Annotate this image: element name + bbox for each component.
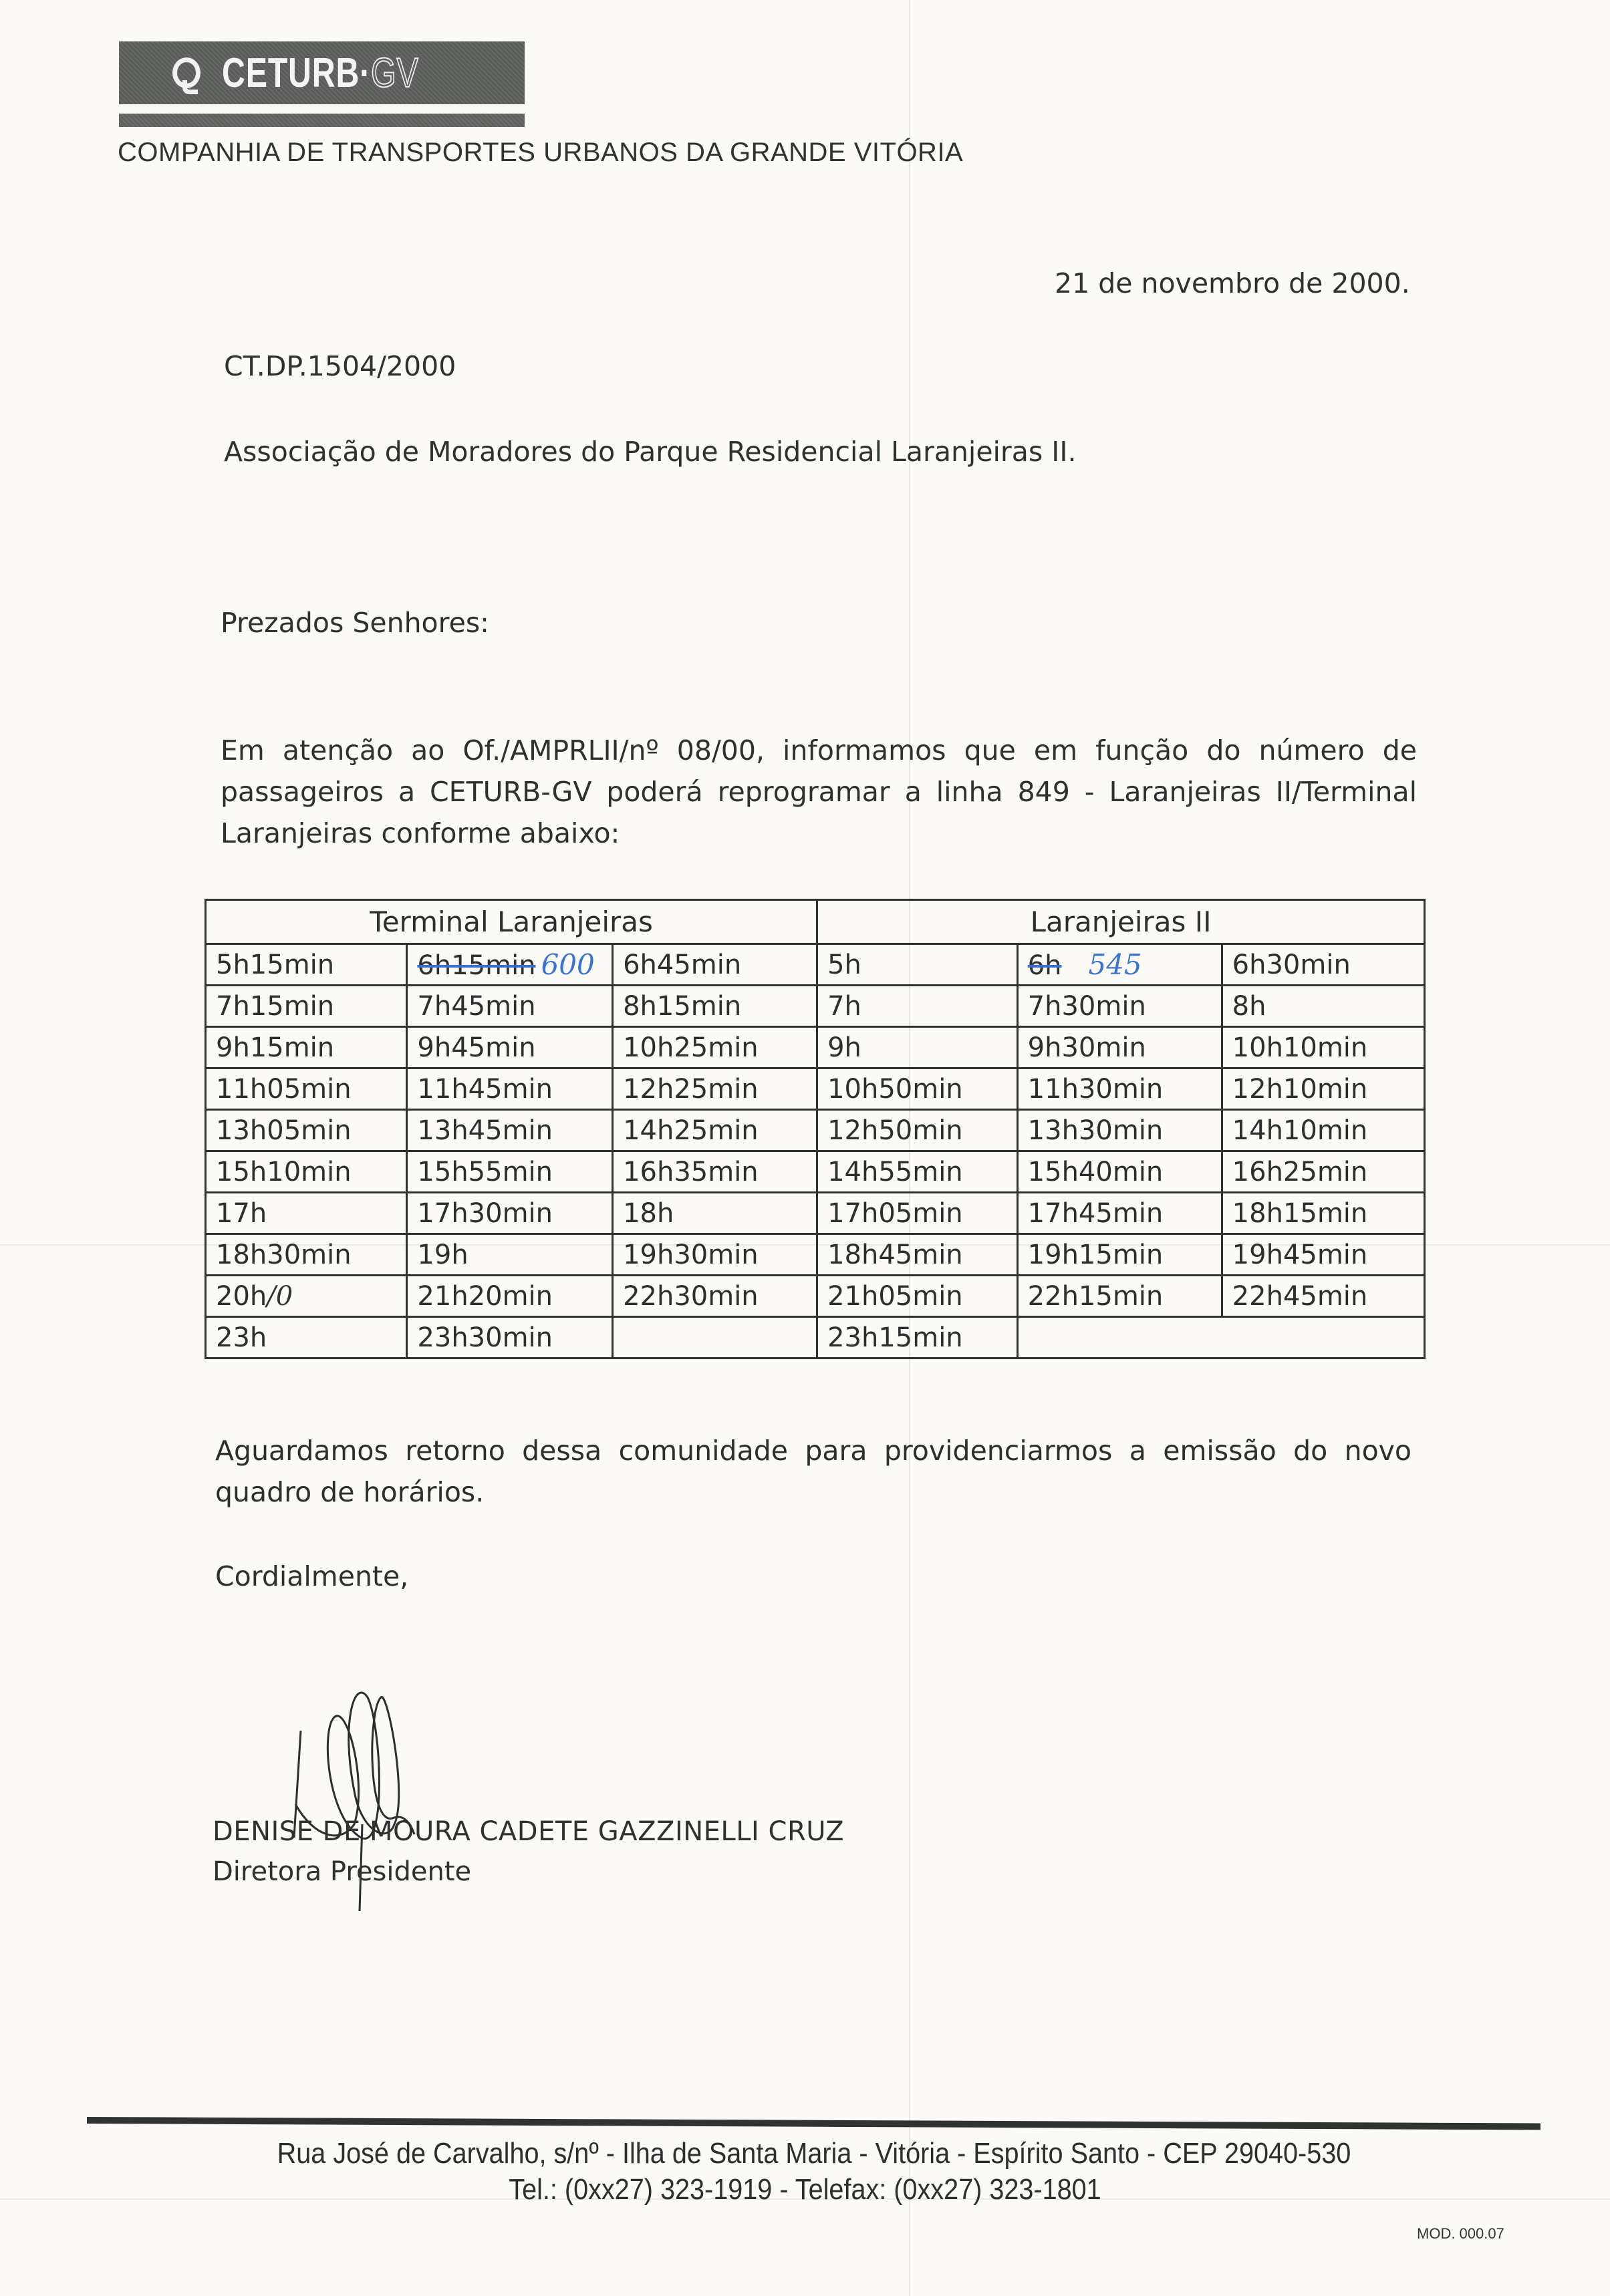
departure-time: 14h10min bbox=[1232, 1115, 1368, 1146]
laranjeiras-departure-cell: 17h05min bbox=[817, 1193, 1018, 1234]
laranjeiras-departure-cell: 6h30min bbox=[1222, 944, 1424, 986]
laranjeiras-departure-cell: 14h10min bbox=[1222, 1110, 1424, 1151]
logo-separator: · bbox=[360, 50, 371, 96]
laranjeiras-departure-cell: 19h15min bbox=[1017, 1234, 1222, 1276]
terminal-departure-cell: 13h05min bbox=[206, 1110, 407, 1151]
terminal-departure-cell: 17h30min bbox=[407, 1193, 613, 1234]
terminal-departure-cell: 15h10min bbox=[206, 1151, 407, 1193]
timetable-row: 20h/021h20min22h30min21h05min22h15min22h… bbox=[206, 1276, 1425, 1317]
departure-time: 9h30min bbox=[1028, 1032, 1146, 1063]
logo-suffix: GV bbox=[371, 50, 418, 96]
departure-time: 9h15min bbox=[216, 1032, 334, 1063]
laranjeiras-departure-cell: 14h55min bbox=[817, 1151, 1018, 1193]
departure-time: 14h55min bbox=[827, 1157, 963, 1187]
terminal-departure-cell bbox=[613, 1317, 817, 1358]
departure-time: 12h10min bbox=[1232, 1074, 1368, 1105]
timetable-cell-empty bbox=[1017, 1317, 1424, 1358]
departure-time: 18h bbox=[623, 1198, 674, 1229]
departure-time: 17h30min bbox=[417, 1198, 553, 1229]
departure-time: 11h30min bbox=[1028, 1074, 1164, 1105]
ceturb-logo-icon bbox=[172, 57, 200, 88]
laranjeiras-departure-cell: 9h30min bbox=[1017, 1027, 1222, 1068]
departure-time: 20h bbox=[216, 1281, 267, 1312]
departure-time: 9h45min bbox=[417, 1032, 535, 1063]
timetable-row: 17h17h30min18h17h05min17h45min18h15min bbox=[206, 1193, 1425, 1234]
handwritten-correction: 600 bbox=[541, 948, 595, 981]
laranjeiras-departure-cell: 12h50min bbox=[817, 1110, 1018, 1151]
terminal-departure-cell: 23h bbox=[206, 1317, 407, 1358]
laranjeiras-departure-cell: 23h15min bbox=[817, 1317, 1018, 1358]
terminal-departure-cell: 17h bbox=[206, 1193, 407, 1234]
departure-time: 9h bbox=[827, 1032, 861, 1063]
departure-time: 17h45min bbox=[1028, 1198, 1164, 1229]
terminal-departure-cell: 14h25min bbox=[613, 1110, 817, 1151]
departure-time: 10h10min bbox=[1232, 1032, 1368, 1063]
terminal-departure-cell: 11h05min bbox=[206, 1068, 407, 1110]
timetable-row: 5h15min6h15min6006h45min5h6h5456h30min bbox=[206, 944, 1425, 986]
laranjeiras-departure-cell: 9h bbox=[817, 1027, 1018, 1068]
terminal-departure-cell: 9h45min bbox=[407, 1027, 613, 1068]
departure-time: 18h45min bbox=[827, 1240, 963, 1270]
terminal-departure-cell: 19h30min bbox=[613, 1234, 817, 1276]
laranjeiras-departure-cell: 5h bbox=[817, 944, 1018, 986]
departure-time: 14h25min bbox=[623, 1115, 759, 1146]
departure-time: 22h30min bbox=[623, 1281, 759, 1312]
laranjeiras-departure-cell: 18h15min bbox=[1222, 1193, 1424, 1234]
signer-title: Diretora Presidente bbox=[213, 1856, 471, 1887]
departure-time: 5h bbox=[827, 950, 861, 980]
terminal-departure-cell: 16h35min bbox=[613, 1151, 817, 1193]
terminal-departure-cell: 18h30min bbox=[206, 1234, 407, 1276]
terminal-departure-cell: 12h25min bbox=[613, 1068, 817, 1110]
departure-time: 19h bbox=[417, 1240, 468, 1270]
departure-time: 16h25min bbox=[1232, 1157, 1368, 1187]
footer-address: Rua José de Carvalho, s/nº - Ilha de San… bbox=[80, 2137, 1529, 2170]
timetable-row: 15h10min15h55min16h35min14h55min15h40min… bbox=[206, 1151, 1425, 1193]
departure-time: 8h15min bbox=[623, 991, 741, 1022]
laranjeiras-departure-cell: 8h bbox=[1222, 986, 1424, 1027]
laranjeiras-departure-cell: 22h15min bbox=[1017, 1276, 1222, 1317]
departure-time: 6h bbox=[1028, 950, 1062, 981]
handwritten-correction: 545 bbox=[1088, 948, 1142, 981]
laranjeiras-departure-cell: 21h05min bbox=[817, 1276, 1018, 1317]
timetable-header-row: Terminal Laranjeiras Laranjeiras II bbox=[206, 900, 1425, 944]
departure-time: 13h05min bbox=[216, 1115, 352, 1146]
terminal-departure-cell: 9h15min bbox=[206, 1027, 407, 1068]
departure-time: 17h bbox=[216, 1198, 267, 1229]
laranjeiras-departure-cell: 6h545 bbox=[1017, 944, 1222, 986]
header-terminal-laranjeiras: Terminal Laranjeiras bbox=[206, 900, 817, 944]
timetable-row: 18h30min19h19h30min18h45min19h15min19h45… bbox=[206, 1234, 1425, 1276]
terminal-departure-cell: 8h15min bbox=[613, 986, 817, 1027]
departure-time: 10h25min bbox=[623, 1032, 759, 1063]
departure-time: 6h30min bbox=[1232, 950, 1351, 980]
departure-time: 12h50min bbox=[827, 1115, 963, 1146]
laranjeiras-departure-cell: 22h45min bbox=[1222, 1276, 1424, 1317]
terminal-departure-cell: 15h55min bbox=[407, 1151, 613, 1193]
departure-time: 18h30min bbox=[216, 1240, 352, 1270]
departure-time: 19h45min bbox=[1232, 1240, 1368, 1270]
footer-divider bbox=[87, 2117, 1540, 2130]
laranjeiras-departure-cell: 19h45min bbox=[1222, 1234, 1424, 1276]
terminal-departure-cell: 19h bbox=[407, 1234, 613, 1276]
timetable: Terminal Laranjeiras Laranjeiras II 5h15… bbox=[205, 899, 1426, 1359]
departure-time: 15h55min bbox=[417, 1157, 553, 1187]
form-code: MOD. 000.07 bbox=[1417, 2225, 1504, 2243]
sign-off: Cordialmente, bbox=[215, 1560, 408, 1592]
ceturb-logo: CETURB·GV bbox=[119, 41, 525, 104]
departure-time: 5h15min bbox=[216, 950, 334, 980]
terminal-departure-cell: 23h30min bbox=[407, 1317, 613, 1358]
departure-time: 23h30min bbox=[417, 1322, 553, 1353]
terminal-departure-cell: 11h45min bbox=[407, 1068, 613, 1110]
terminal-departure-cell: 21h20min bbox=[407, 1276, 613, 1317]
body-paragraph: Em atenção ao Of./AMPRLII/nº 08/00, info… bbox=[221, 730, 1417, 854]
recipient: Associação de Moradores do Parque Reside… bbox=[224, 436, 1077, 468]
departure-time: 21h05min bbox=[827, 1281, 963, 1312]
laranjeiras-departure-cell: 10h10min bbox=[1222, 1027, 1424, 1068]
departure-time: 13h45min bbox=[417, 1115, 553, 1146]
logo-wordmark: CETURB·GV bbox=[222, 49, 419, 97]
terminal-departure-cell: 18h bbox=[613, 1193, 817, 1234]
laranjeiras-departure-cell: 7h bbox=[817, 986, 1018, 1027]
departure-time: 16h35min bbox=[623, 1157, 759, 1187]
terminal-departure-cell: 5h15min bbox=[206, 944, 407, 986]
laranjeiras-departure-cell: 16h25min bbox=[1222, 1151, 1424, 1193]
footer-phone: Tel.: (0xx27) 323-1919 - Telefax: (0xx27… bbox=[80, 2173, 1529, 2206]
closing-paragraph: Aguardamos retorno dessa comunidade para… bbox=[215, 1430, 1412, 1513]
terminal-departure-cell: 22h30min bbox=[613, 1276, 817, 1317]
terminal-departure-cell: 7h45min bbox=[407, 986, 613, 1027]
departure-time: 18h15min bbox=[1232, 1198, 1368, 1229]
header-laranjeiras-ii: Laranjeiras II bbox=[817, 900, 1425, 944]
terminal-departure-cell: 13h45min bbox=[407, 1110, 613, 1151]
terminal-departure-cell: 10h25min bbox=[613, 1027, 817, 1068]
timetable-row: 9h15min9h45min10h25min9h9h30min10h10min bbox=[206, 1027, 1425, 1068]
departure-time: 7h15min bbox=[216, 991, 334, 1022]
departure-time: 7h bbox=[827, 991, 861, 1022]
departure-time: 23h bbox=[216, 1322, 267, 1353]
departure-time: 22h45min bbox=[1232, 1281, 1368, 1312]
terminal-departure-cell: 7h15min bbox=[206, 986, 407, 1027]
laranjeiras-departure-cell: 18h45min bbox=[817, 1234, 1018, 1276]
logo-text: CETURB bbox=[222, 50, 360, 96]
timetable-row: 11h05min11h45min12h25min10h50min11h30min… bbox=[206, 1068, 1425, 1110]
departure-time: 7h45min bbox=[417, 991, 535, 1022]
terminal-departure-cell: 20h/0 bbox=[206, 1276, 407, 1317]
departure-time: 11h45min bbox=[417, 1074, 553, 1105]
departure-time: 8h bbox=[1232, 991, 1266, 1022]
departure-time: 15h10min bbox=[216, 1157, 352, 1187]
laranjeiras-departure-cell: 11h30min bbox=[1017, 1068, 1222, 1110]
departure-time: 15h40min bbox=[1028, 1157, 1164, 1187]
departure-time: 13h30min bbox=[1028, 1115, 1164, 1146]
departure-time: 17h05min bbox=[827, 1198, 963, 1229]
departure-time: 7h30min bbox=[1028, 991, 1146, 1022]
departure-time: 12h25min bbox=[623, 1074, 759, 1105]
terminal-departure-cell: 6h45min bbox=[613, 944, 817, 986]
departure-time: 21h20min bbox=[417, 1281, 553, 1312]
laranjeiras-departure-cell: 17h45min bbox=[1017, 1193, 1222, 1234]
timetable-row: 13h05min13h45min14h25min12h50min13h30min… bbox=[206, 1110, 1425, 1151]
departure-time: 10h50min bbox=[827, 1074, 963, 1105]
logo-underbar bbox=[119, 114, 525, 127]
timetable-row: 23h23h30min23h15min bbox=[206, 1317, 1425, 1358]
laranjeiras-departure-cell: 10h50min bbox=[817, 1068, 1018, 1110]
terminal-departure-cell: 6h15min600 bbox=[407, 944, 613, 986]
signer-name: DENISE DE MOURA CADETE GAZZINELLI CRUZ bbox=[213, 1816, 844, 1847]
company-name: COMPANHIA DE TRANSPORTES URBANOS DA GRAN… bbox=[118, 138, 963, 168]
reference-number: CT.DP.1504/2000 bbox=[224, 350, 456, 382]
departure-time: 11h05min bbox=[216, 1074, 352, 1105]
handwritten-correction: /0 bbox=[267, 1281, 293, 1312]
timetable-row: 7h15min7h45min8h15min7h7h30min8h bbox=[206, 986, 1425, 1027]
departure-time: 6h45min bbox=[623, 950, 741, 980]
salutation: Prezados Senhores: bbox=[221, 607, 489, 639]
departure-time: 19h15min bbox=[1028, 1240, 1164, 1270]
departure-time: 19h30min bbox=[623, 1240, 759, 1270]
laranjeiras-departure-cell: 13h30min bbox=[1017, 1110, 1222, 1151]
departure-time: 22h15min bbox=[1028, 1281, 1164, 1312]
laranjeiras-departure-cell: 7h30min bbox=[1017, 986, 1222, 1027]
letter-date: 21 de novembro de 2000. bbox=[1055, 267, 1410, 299]
departure-time: 6h15min bbox=[417, 950, 535, 981]
departure-time: 23h15min bbox=[827, 1322, 963, 1353]
laranjeiras-departure-cell: 15h40min bbox=[1017, 1151, 1222, 1193]
laranjeiras-departure-cell: 12h10min bbox=[1222, 1068, 1424, 1110]
